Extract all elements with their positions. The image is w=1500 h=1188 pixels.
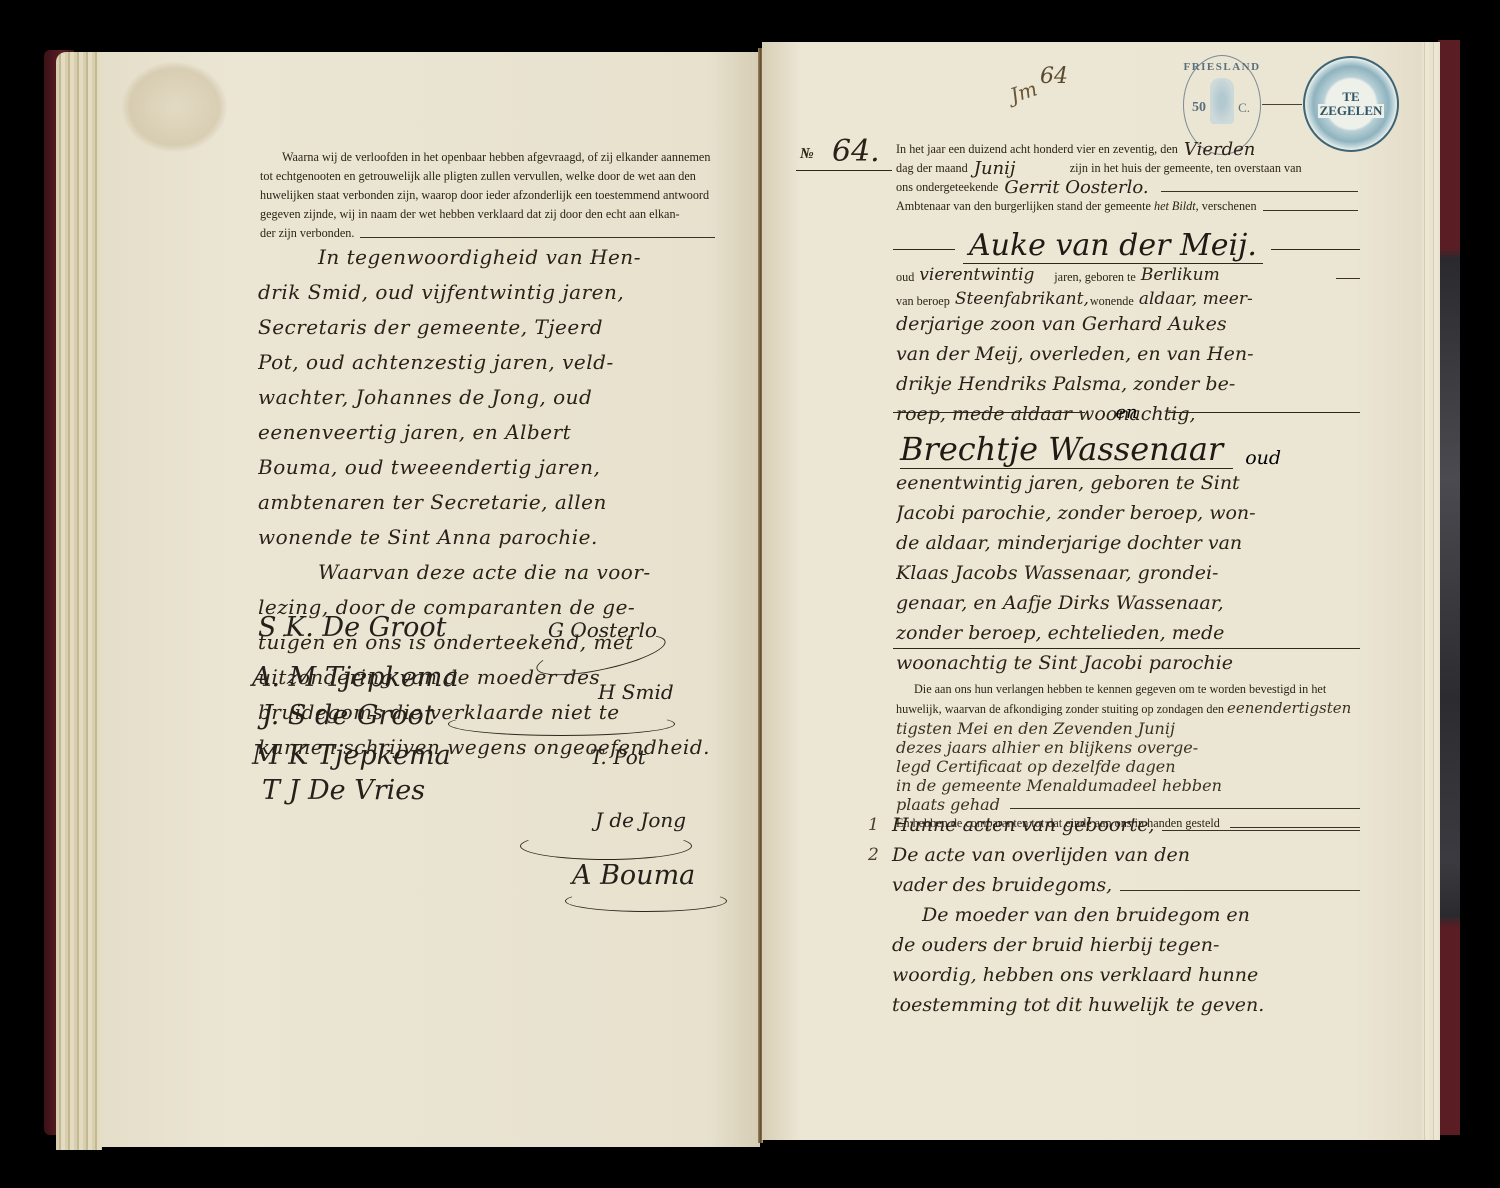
handwritten-line: genaar, en Aafje Dirks Wassenaar, xyxy=(896,588,1360,618)
printed-line: Die aan ons hun verlangen hebben te kenn… xyxy=(896,680,1360,699)
printed-text: , verschenen xyxy=(1196,197,1257,216)
signature: A Bouma xyxy=(572,860,695,891)
signature-flourish xyxy=(520,832,692,860)
signature: S K. De Groot xyxy=(258,612,446,643)
embossed-seal-ghost xyxy=(122,62,227,152)
handwritten-line: de ouders der bruid hierbij tegen- xyxy=(892,930,1360,960)
seal-text-line2: ZEGELEN xyxy=(1318,104,1385,118)
signature: H Smid xyxy=(598,680,674,704)
seal-text-line1: TE xyxy=(1340,90,1361,104)
handwritten-line: De moeder van den bruidegom en xyxy=(892,900,1360,930)
record-number: № 64. xyxy=(796,140,892,171)
handwritten-line: woonachtig te Sint Jacobi parochie xyxy=(896,648,1360,678)
item-number: 2 xyxy=(868,840,892,870)
bride-name: Brechtje Wassenaar xyxy=(900,430,1233,469)
item-text: De acte van overlijden van den xyxy=(892,840,1190,870)
header-line: In het jaar een duizend acht honderd vie… xyxy=(896,140,1358,159)
handwritten-line: Klaas Jacobs Wassenaar, grondei- xyxy=(896,558,1360,588)
item-number: 1 xyxy=(868,810,892,840)
printed-line: gegeven zijnde, wij in naam der wet hebb… xyxy=(260,205,715,224)
printed-text: oud xyxy=(896,270,914,285)
handwritten-line: Waarvan deze acte die na voor- xyxy=(258,555,720,590)
page-edges-left xyxy=(56,52,102,1150)
handwritten-line: eenenveertig jaren, en Albert xyxy=(258,415,720,450)
handwritten-residence: aldaar, meer- xyxy=(1134,289,1258,309)
printed-text: jaren, geboren te xyxy=(1054,270,1136,285)
header-line: dag der maand Junij zijn in het huis der… xyxy=(896,159,1358,178)
handwritten-line: legd Certificaat op dezelfde dagen xyxy=(896,757,1360,776)
handwritten-line: drik Smid, oud vijfentwintig jaren, xyxy=(258,275,720,310)
printed-text: zijn in het huis der gemeente, ten overs… xyxy=(1070,159,1302,178)
handwritten-line: zonder beroep, echtelieden, mede xyxy=(896,618,1360,648)
conjunction-line: en xyxy=(893,402,1360,423)
signature: J. S de Groot xyxy=(262,700,435,731)
item-text: vader des bruidegoms, xyxy=(892,870,1112,900)
handwritten-line: derjarige zoon van Gerhard Aukes xyxy=(896,309,1360,339)
folio-number: 64 xyxy=(1040,64,1068,89)
handwritten-line: drikje Hendriks Palsma, zonder be- xyxy=(896,369,1360,399)
record-number-value: 64. xyxy=(832,134,880,169)
fill-rule xyxy=(1162,830,1360,831)
fill-rule xyxy=(1168,412,1360,413)
handwritten-day: Vierden xyxy=(1178,140,1261,159)
section-rule xyxy=(893,648,1360,649)
header-line: Ambtenaar van den burgerlijken stand der… xyxy=(896,197,1358,216)
handwritten-birthplace: Berlikum xyxy=(1136,265,1225,285)
conjunction-text: en xyxy=(1085,402,1167,423)
bride-details: eenentwintig jaren, geboren te Sint Jaco… xyxy=(896,468,1360,678)
number-symbol: № xyxy=(800,146,814,163)
handwritten-line: de aldaar, minderjarige dochter van xyxy=(896,528,1360,558)
printed-text: Ambtenaar van den burgerlijken stand der… xyxy=(896,197,1151,216)
handwritten-line: eenentwintig jaren, geboren te Sint xyxy=(896,468,1360,498)
bride-name-line: Brechtje Wassenaar oud xyxy=(900,430,1360,469)
printed-text: huwelijk, waarvan de afkondiging zonder … xyxy=(896,702,1224,716)
handwritten-line: Jacobi parochie, zonder beroep, won- xyxy=(896,498,1360,528)
printed-line: tot echtgenooten en getrouwelijk alle pl… xyxy=(260,167,715,186)
fill-rule xyxy=(1263,210,1358,211)
left-printed-paragraph: Waarna wij de verloofden in het openbaar… xyxy=(260,148,715,243)
book-cover-right xyxy=(1438,40,1460,1135)
handwritten-line: dezes jaars alhier en blijkens overge- xyxy=(896,738,1360,757)
fill-rule xyxy=(1161,191,1358,192)
handwritten-line: Bouma, oud tweeendertig jaren, xyxy=(258,450,720,485)
stamp-unit: C. xyxy=(1238,100,1250,116)
stamp-province: FRIESLAND xyxy=(1183,61,1260,73)
stamp-value: 50 xyxy=(1192,100,1206,116)
signature: J de Jong xyxy=(595,808,686,832)
handwritten-line: in de gemeente Menaldumadeel hebben xyxy=(896,776,1360,795)
signature: A. M Tjepkema xyxy=(252,662,459,693)
groom-occupation-line: van beroep Steenfabrikant, wonende aldaa… xyxy=(896,285,1360,309)
document-item-continuation: vader des bruidegoms, xyxy=(892,870,1360,900)
printed-text: In het jaar een duizend acht honderd vie… xyxy=(896,140,1178,159)
handwritten-line: In tegenwoordigheid van Hen- xyxy=(258,240,720,275)
handwritten-occupation: Steenfabrikant, xyxy=(950,289,1090,309)
municipality: het Bildt xyxy=(1154,197,1196,216)
stamp-connector-rule xyxy=(1262,104,1302,105)
submitted-documents: 1 Hunne acten van geboorte, 2 De acte va… xyxy=(868,810,1360,1020)
handwritten-line: wonende te Sint Anna parochie. xyxy=(258,520,720,555)
header-line: ons ondergeteekende Gerrit Oosterlo. xyxy=(896,178,1358,197)
fill-rule xyxy=(360,237,715,238)
handwritten-text: oud xyxy=(1233,447,1281,469)
fill-rule xyxy=(1336,278,1360,279)
signature-flourish xyxy=(448,712,675,736)
handwritten-line: van der Meij, overleden, en van Hen- xyxy=(896,339,1360,369)
fill-rule xyxy=(893,412,1085,413)
seal-te-zegelen: TE ZEGELEN xyxy=(1303,56,1399,152)
handwritten-line: toestemming tot dit huwelijk te geven. xyxy=(892,990,1360,1020)
handwritten-date: eenendertigsten xyxy=(1227,699,1351,717)
item-text: Hunne acten van geboorte, xyxy=(892,810,1154,840)
handwritten-line: ambtenaren ter Secretarie, allen xyxy=(258,485,720,520)
signature-flourish xyxy=(565,890,727,912)
fill-rule xyxy=(1120,890,1360,891)
fill-rule xyxy=(1271,249,1360,250)
printed-text: dag der maand xyxy=(896,159,968,178)
handwritten-line: wachter, Johannes de Jong, oud xyxy=(258,380,720,415)
fill-rule xyxy=(893,249,955,250)
handwritten-registrar: Gerrit Oosterlo. xyxy=(998,178,1154,197)
handwritten-age: vierentwintig xyxy=(914,265,1054,285)
handwritten-line: Secretaris der gemeente, Tjeerd xyxy=(258,310,720,345)
groom-age-line: oud vierentwintig jaren, geboren te Berl… xyxy=(896,261,1360,285)
printed-line: huwelijk, waarvan de afkondiging zonder … xyxy=(896,699,1360,719)
handwritten-line: Pot, oud achtenzestig jaren, veld- xyxy=(258,345,720,380)
printed-text: wonende xyxy=(1090,294,1134,309)
document-item: 1 Hunne acten van geboorte, xyxy=(868,810,1360,840)
printed-text: van beroep xyxy=(896,294,950,309)
handwritten-month: Junij xyxy=(968,159,1070,178)
signature: T. Pot xyxy=(590,745,646,769)
signature: T J De Vries xyxy=(262,775,425,806)
handwritten-line: tigsten Mei en den Zevenden Junij xyxy=(896,719,1360,738)
printed-line: huwelijken staat verbonden zijn, waarop … xyxy=(260,186,715,205)
record-header: In het jaar een duizend acht honderd vie… xyxy=(896,140,1358,216)
signature: M K Tjepkema xyxy=(252,740,451,771)
printed-text: ons ondergeteekende xyxy=(896,178,998,197)
handwritten-line: woordig, hebben ons verklaard hunne xyxy=(892,960,1360,990)
page-edges-right xyxy=(1420,42,1440,1140)
document-item: 2 De acte van overlijden van den xyxy=(868,840,1360,870)
printed-line: Waarna wij de verloofden in het openbaar… xyxy=(260,148,715,167)
crown-emblem-icon xyxy=(1210,78,1234,124)
fill-rule xyxy=(1010,808,1360,809)
